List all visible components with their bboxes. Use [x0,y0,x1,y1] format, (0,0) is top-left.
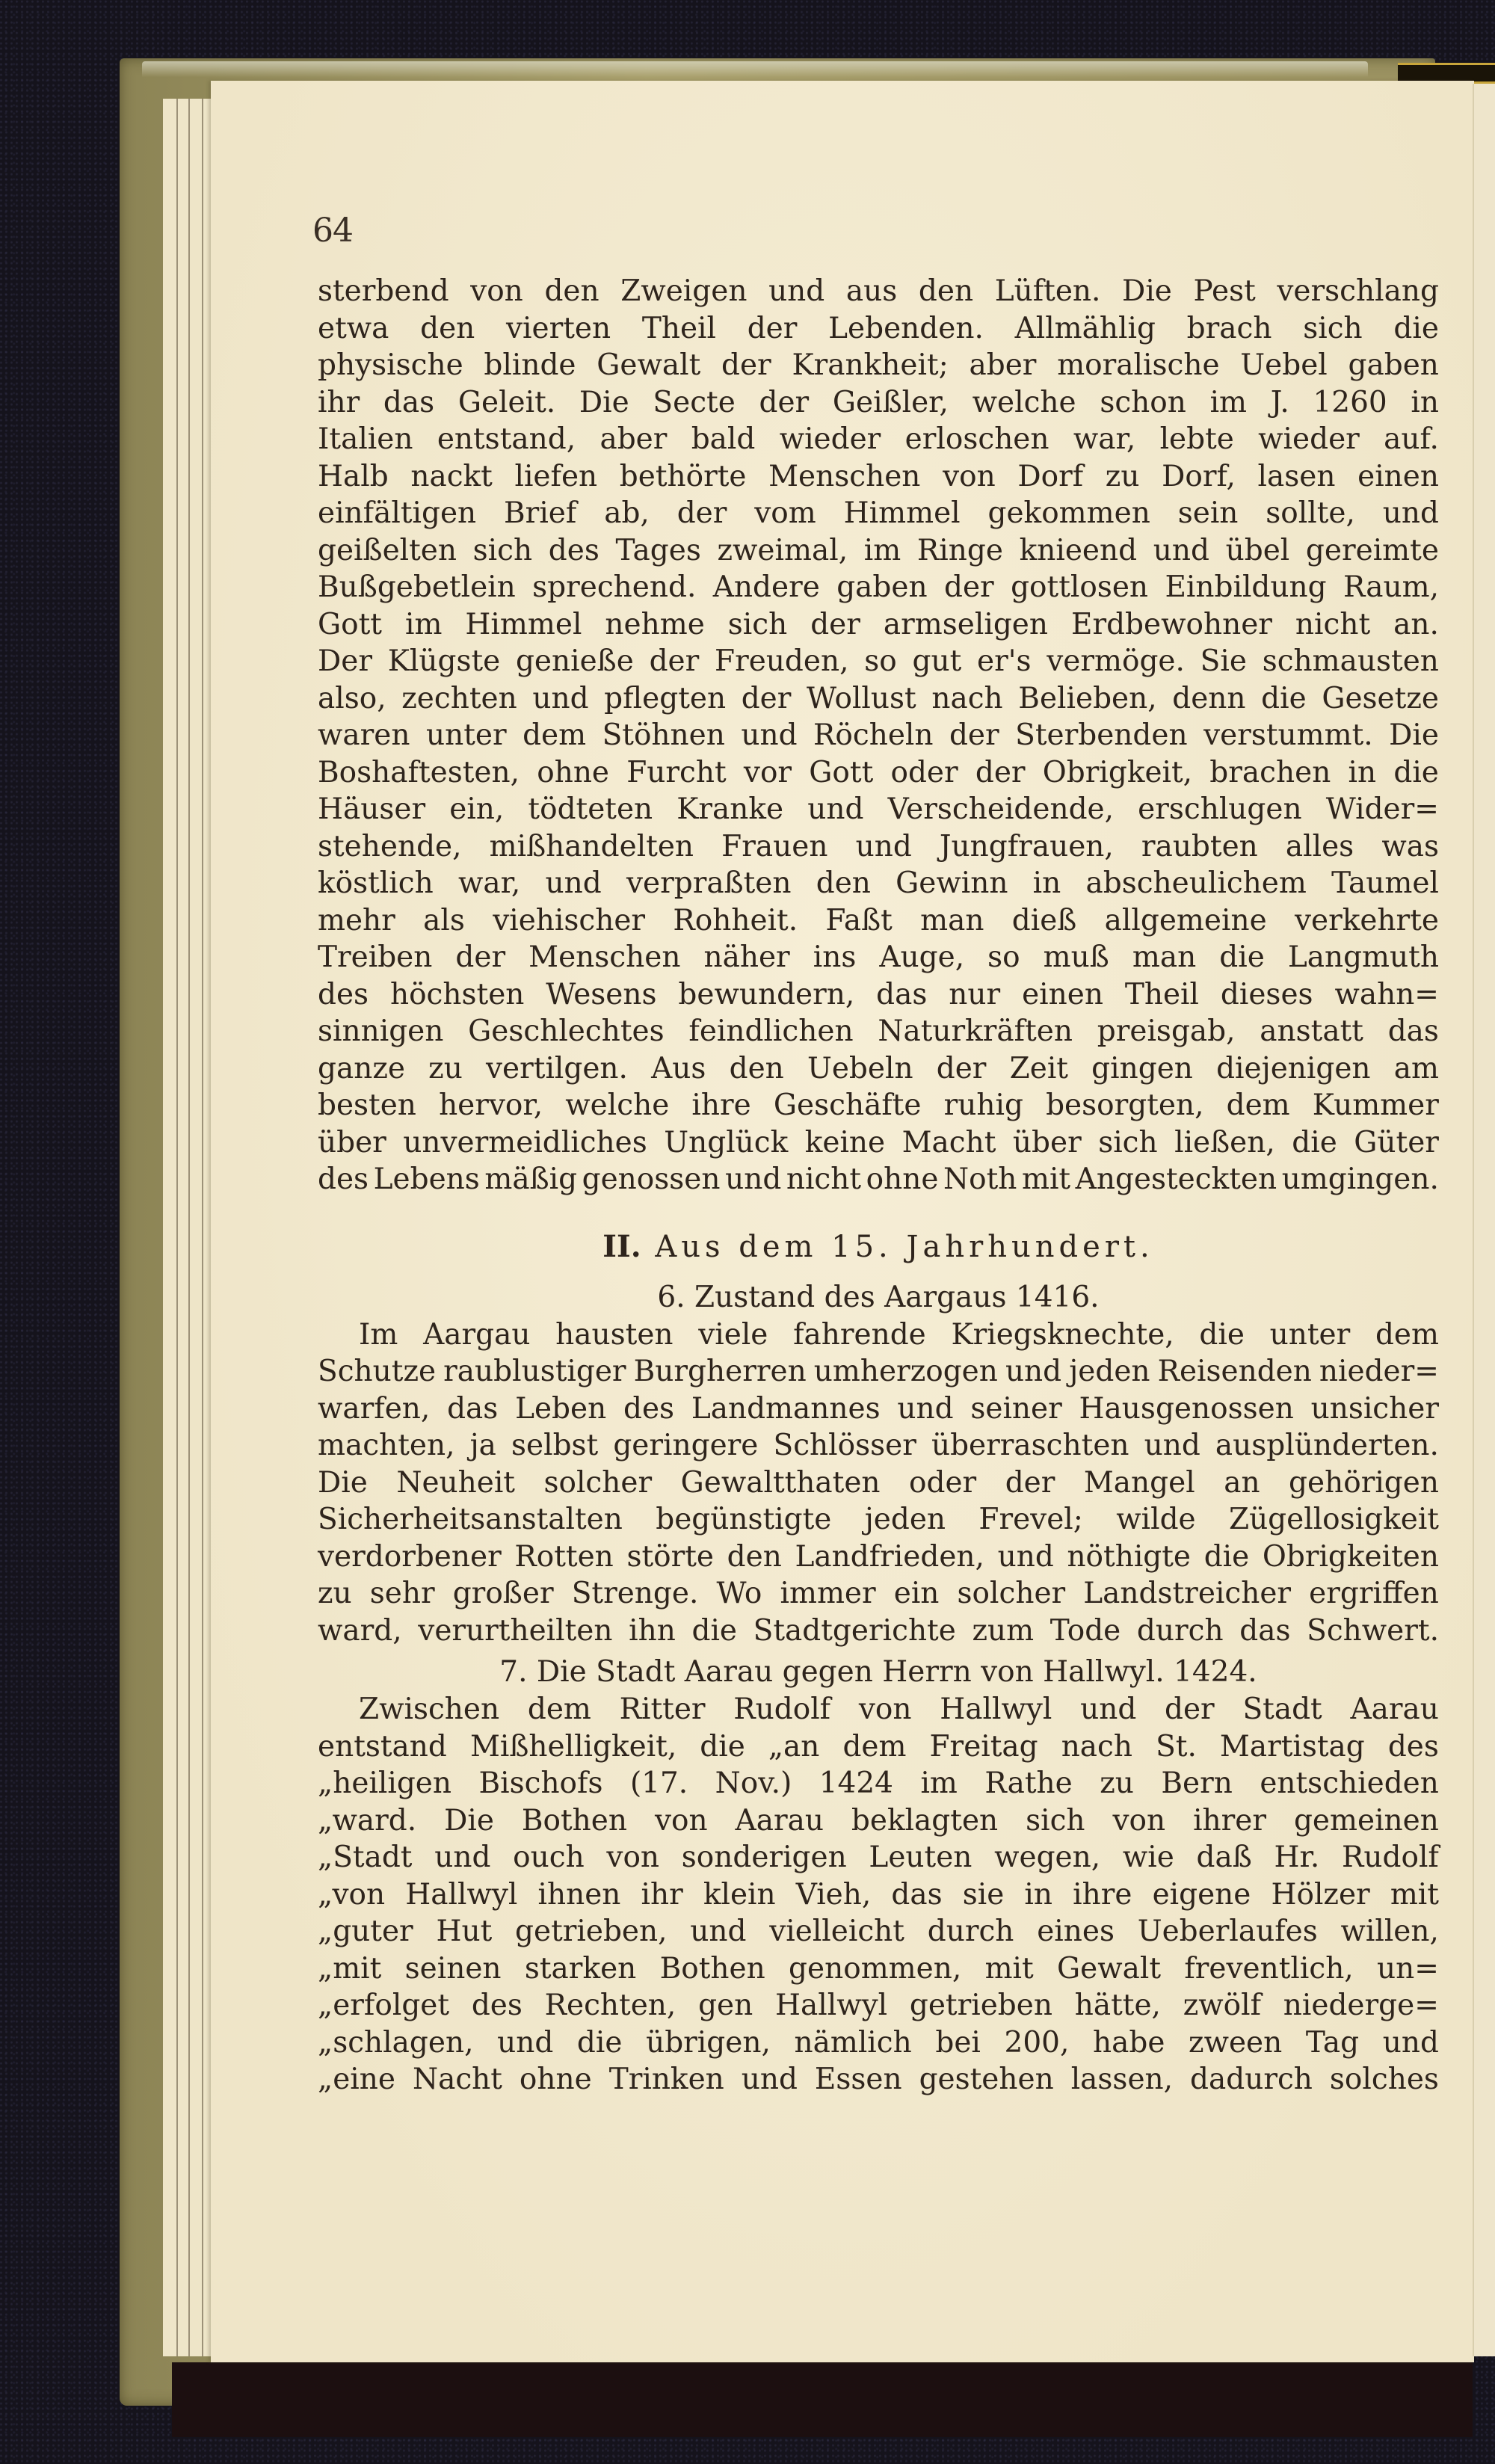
text-line: sinnigenGeschlechtesfeindlichenNaturkräf… [318,1013,1439,1050]
text-line: „erfolgetdesRechten,genHallwylgetriebenh… [318,1987,1439,2024]
text-line: DieNeuheitsolcherGewaltthatenoderderMang… [318,1464,1439,1502]
text-line: TreibenderMenschennäherinsAuge,somußmand… [318,939,1439,976]
text-line: ihrdasGeleit.DieSectederGeißler,welchesc… [318,384,1439,422]
chapter-heading: II. Aus dem 15. Jahrhundert. [318,1228,1439,1266]
page-edge-line [202,99,203,2356]
text-line: entstandMißhelligkeit,die„andemFreitagna… [318,1728,1439,1766]
text-line: Boshaftesten,ohneFurchtvorGottoderderObr… [318,754,1439,792]
chapter-roman-numeral: II. [602,1229,641,1264]
text-line: SchutzeraublustigerBurgherrenumherzogenu… [318,1353,1439,1390]
text-line: also,zechtenundpflegtenderWollustnachBel… [318,680,1439,718]
page-number: 64 [312,212,353,250]
paragraph-plague: sterbendvondenZweigenundausdenLüften.Die… [318,273,1439,1198]
text-line: ImAargauhaustenvielefahrendeKriegsknecht… [318,1316,1439,1354]
text-line: etwadenviertenTheilderLebenden.Allmählig… [318,310,1439,348]
text-line: zusehrgroßerStrenge.WoimmereinsolcherLan… [318,1575,1439,1613]
text-line: GottimHimmelnehmesichderarmseligenErdbew… [318,606,1439,644]
text-line: bestenhervor,welcheihreGeschäfteruhigbes… [318,1087,1439,1124]
text-line: SicherheitsanstaltenbegünstigtejedenFrev… [318,1501,1439,1539]
page-body: sterbendvondenZweigenundausdenLüften.Die… [318,273,1439,2098]
text-line: mehralsviehischerRohheit.Faßtmandießallg… [318,902,1439,940]
text-line: desLebensmäßiggenossenundnichtohneNothmi… [318,1161,1439,1198]
text-line: Häuserein,tödtetenKrankeundVerscheidende… [318,791,1439,828]
section-6-heading: 6. Zustand des Aargaus 1416. [318,1279,1439,1316]
text-line: ward,verurtheiltenihndieStadtgerichtezum… [318,1613,1439,1650]
text-line: warfen,dasLebendesLandmannesundseinerHau… [318,1390,1439,1428]
paragraph-aargau: ImAargauhaustenvielefahrendeKriegsknecht… [318,1316,1439,1650]
text-line: köstlichwar,undverpraßtendenGewinninabsc… [318,865,1439,902]
text-line: einfältigenBriefab,dervomHimmelgekommens… [318,495,1439,532]
page-edge-line [188,99,190,2356]
text-line: sterbendvondenZweigenundausdenLüften.Die… [318,273,1439,310]
text-line: überunvermeidlichesUnglückkeineMachtüber… [318,1124,1439,1162]
text-line: Italienentstand,aberbaldwiedererloschenw… [318,421,1439,458]
text-line: „guterHutgetrieben,undvielleichtdurchein… [318,1913,1439,1950]
text-line: „eineNachtohneTrinkenundEssengestehenlas… [318,2061,1439,2098]
text-line: „StadtundouchvonsonderigenLeutenwegen,wi… [318,1839,1439,1876]
text-line: „schlagen,unddieübrigen,nämlichbei200,ha… [318,2024,1439,2062]
text-line: deshöchstenWesensbewundern,dasnureinenTh… [318,976,1439,1014]
text-line: warenunterdemStöhnenundRöchelnderSterben… [318,717,1439,754]
text-line: Bußgebetleinsprechend.Anderegabendergott… [318,569,1439,606]
text-line: machten,jaselbstgeringereSchlösserüberra… [318,1427,1439,1464]
text-line: ZwischendemRitterRudolfvonHallwylundderS… [318,1691,1439,1728]
text-line: geißeltensichdesTageszweimal,imRingeknie… [318,532,1439,570]
text-line: ganzezuvertilgen.AusdenUebelnderZeitging… [318,1050,1439,1088]
text-line: physischeblindeGewaltderKrankheit;abermo… [318,347,1439,384]
text-line: stehende,mißhandeltenFrauenundJungfrauen… [318,828,1439,866]
text-line: „heiligenBischofs(17.Nov.)1424imRathezuB… [318,1765,1439,1802]
text-line: verdorbenerRottenstörtedenLandfrieden,un… [318,1539,1439,1576]
book-bottom-shadow [172,2362,1473,2437]
text-line: „ward.DieBothenvonAaraubeklagtensichvoni… [318,1802,1439,1840]
text-line: DerKlügstegenießederFreuden,soguter'sver… [318,643,1439,680]
section-7-heading: 7. Die Stadt Aarau gegen Herrn von Hallw… [318,1654,1439,1691]
adjacent-page-edge [1473,84,1495,2356]
text-line: HalbnacktliefenbethörteMenschenvonDorfzu… [318,458,1439,496]
text-line: „mitseinenstarkenBothengenommen,mitGewal… [318,1950,1439,1988]
text-line: „vonHallwylihnenihrkleinVieh,dassieinihr… [318,1876,1439,1914]
paragraph-aarau: ZwischendemRitterRudolfvonHallwylundderS… [318,1691,1439,2098]
chapter-title: Aus dem 15. Jahrhundert. [655,1230,1153,1264]
page-edge-line [176,99,178,2356]
